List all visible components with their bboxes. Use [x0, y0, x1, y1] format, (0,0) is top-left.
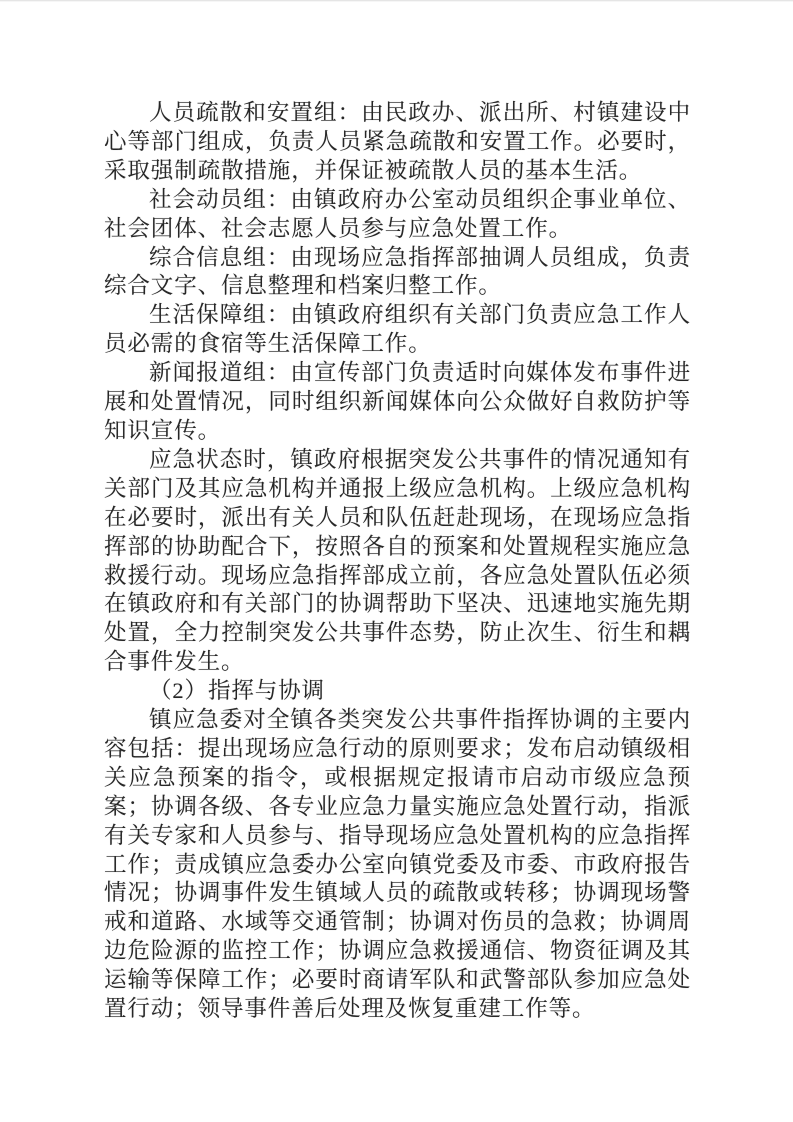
document-page: 人员疏散和安置组：由民政办、派出所、村镇建设中心等部门组成，负责人员紧急疏散和安…: [0, 0, 793, 1122]
paragraph-personnel-evacuation-group: 人员疏散和安置组：由民政办、派出所、村镇建设中心等部门组成，负责人员紧急疏散和安…: [104, 99, 691, 186]
document-page-body: { "page": { "background_color": "#ffffff…: [0, 0, 793, 1122]
section-heading-command-coordination: （2）指挥与协调: [104, 677, 691, 706]
paragraph-emergency-state-procedure: 应急状态时，镇政府根据突发公共事件的情况通知有关部门及其应急机构并通报上级应急机…: [104, 446, 691, 677]
paragraph-social-mobilization-group: 社会动员组：由镇政府办公室动员组织企事业单位、社会团体、社会志愿人员参与应急处置…: [104, 186, 691, 244]
scan-edge-line: [0, 0, 793, 2]
text-block: 人员疏散和安置组：由民政办、派出所、村镇建设中心等部门组成，负责人员紧急疏散和安…: [104, 99, 691, 1024]
paragraph-comprehensive-information-group: 综合信息组：由现场应急指挥部抽调人员组成，负责综合文字、信息整理和档案归整工作。: [104, 244, 691, 302]
paragraph-life-support-group: 生活保障组：由镇政府组织有关部门负责应急工作人员必需的食宿等生活保障工作。: [104, 301, 691, 359]
paragraph-news-report-group: 新闻报道组：由宣传部门负责适时向媒体发布事件进展和处置情况，同时组织新闻媒体向公…: [104, 359, 691, 446]
paragraph-command-coordination-content: 镇应急委对全镇各类突发公共事件指挥协调的主要内容包括：提出现场应急行动的原则要求…: [104, 706, 691, 1024]
